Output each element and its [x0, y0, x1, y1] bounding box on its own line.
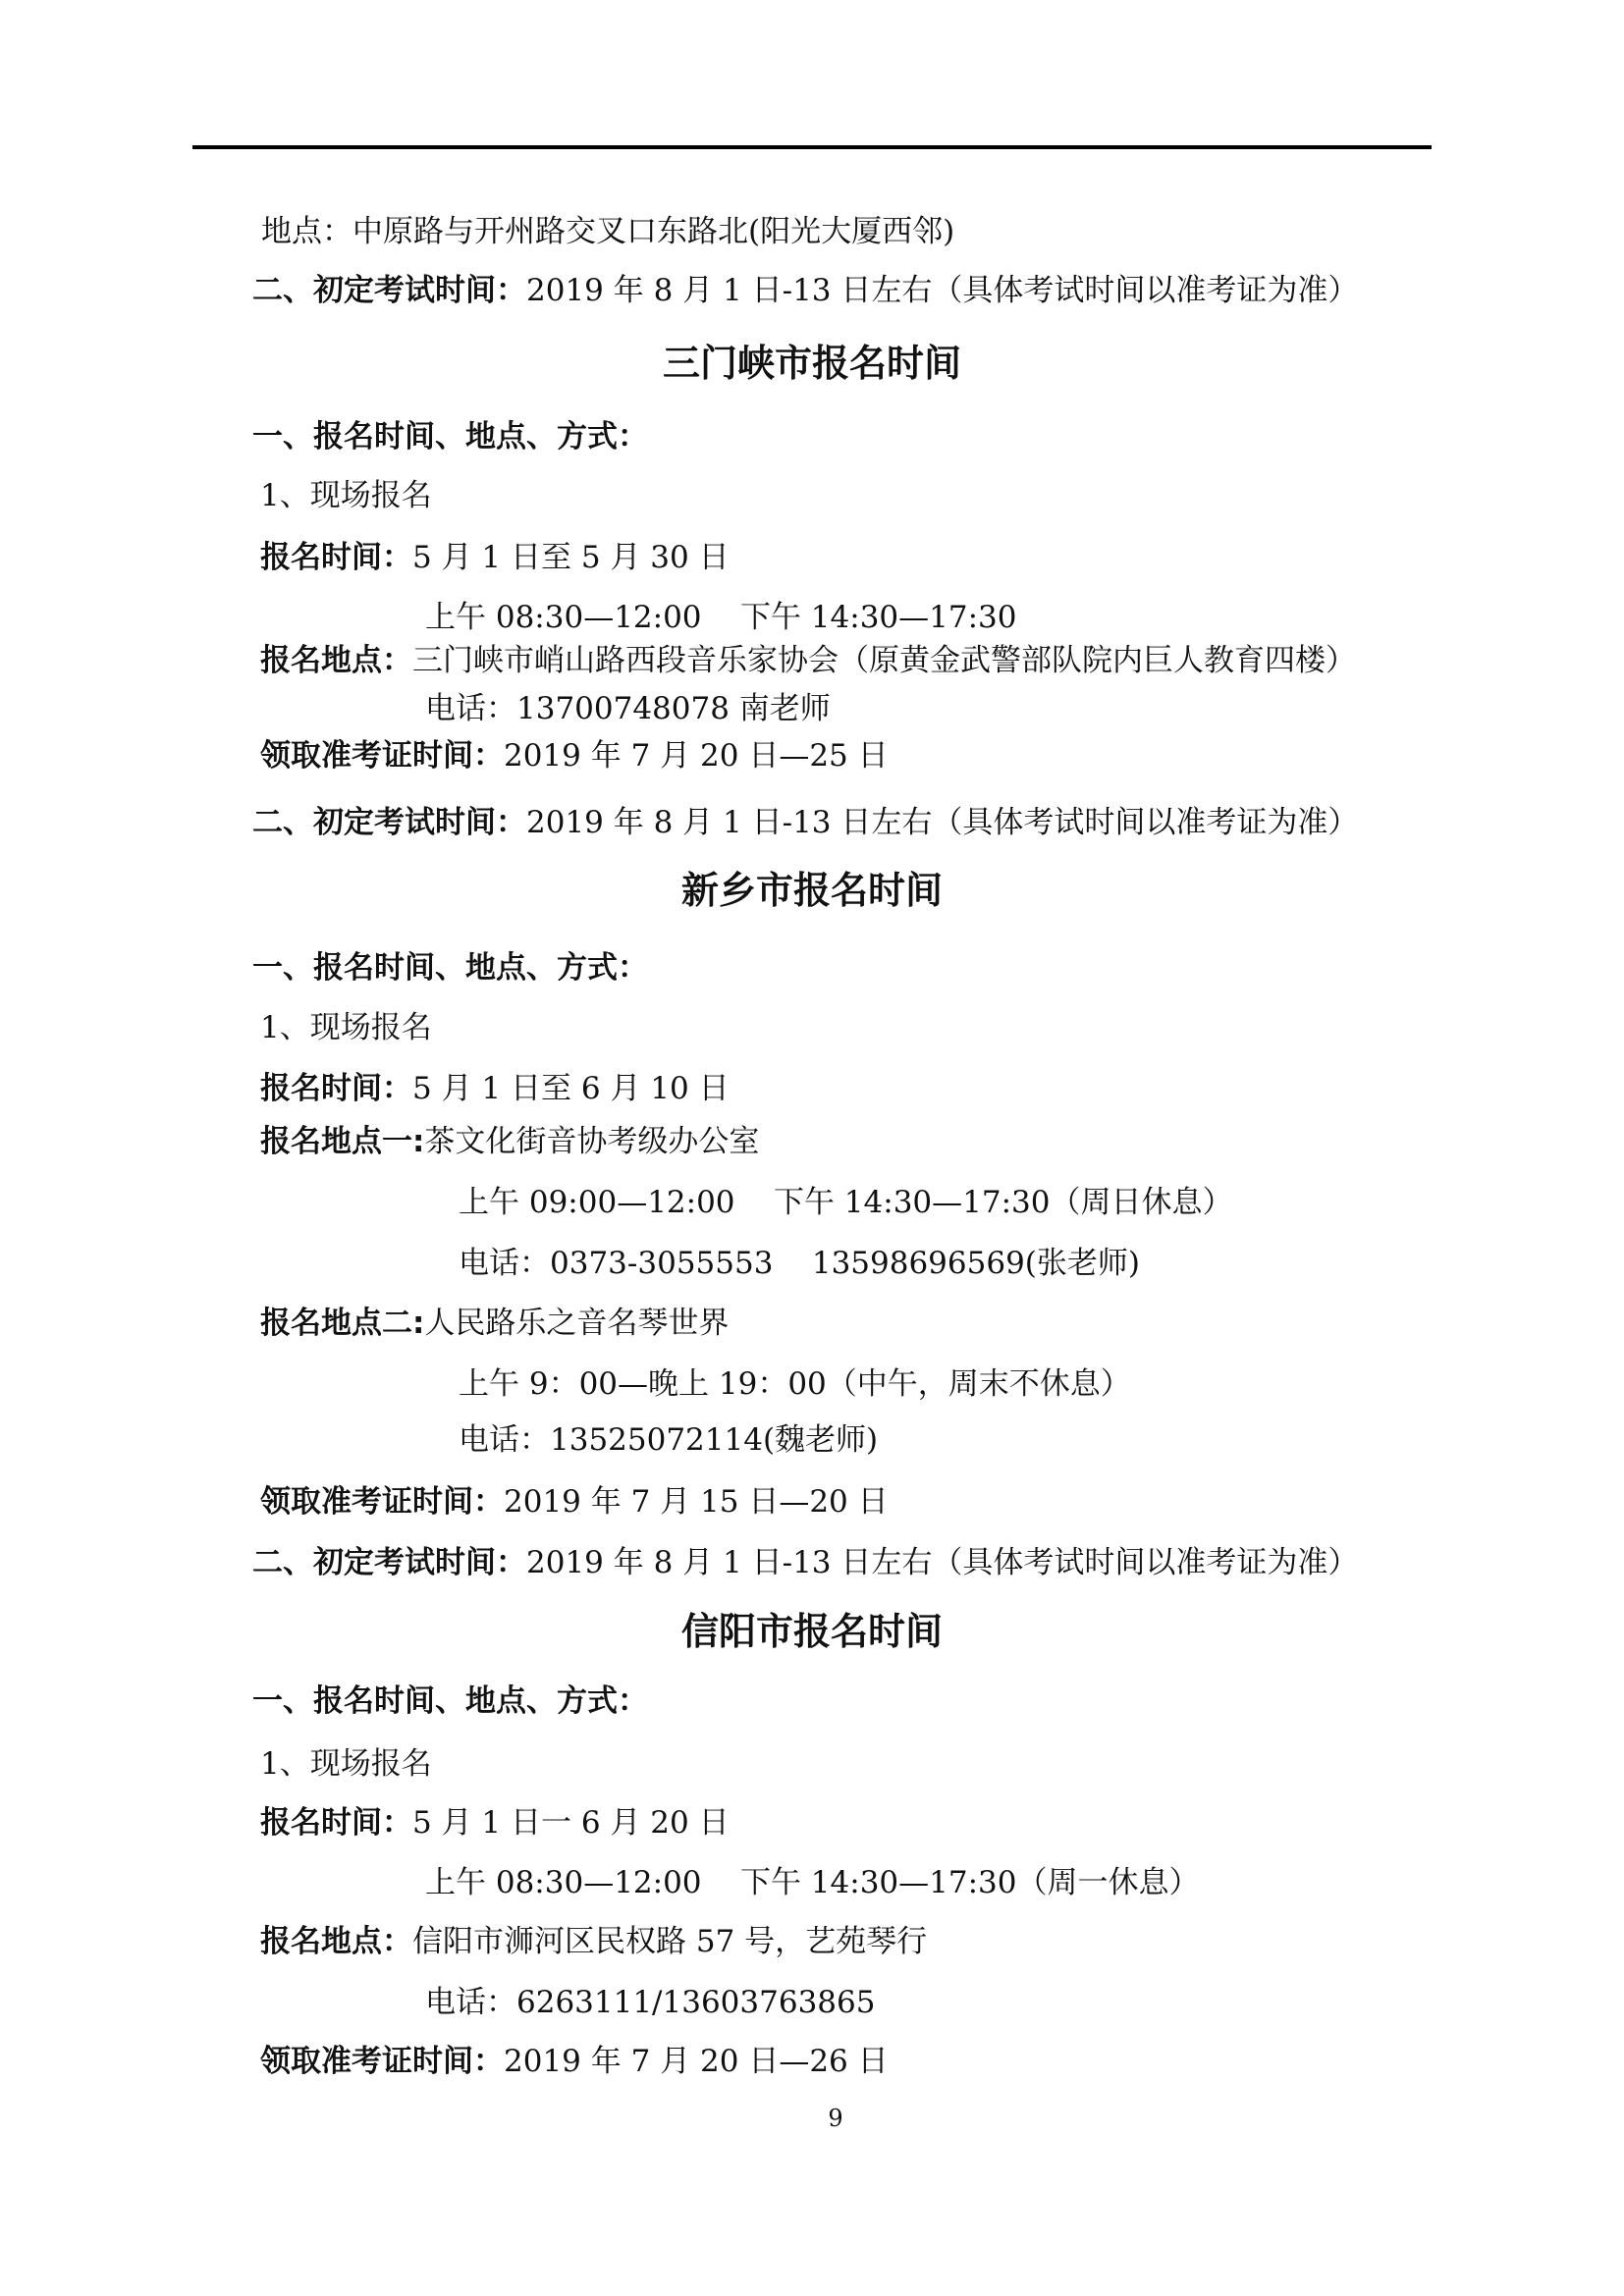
- exam-value: 2019 年 8 月 1 日-13 日左右（具体考试时间以准考证为准）: [526, 805, 1358, 840]
- reg-time-value: 5 月 1 日一 6 月 20 日: [412, 1805, 730, 1841]
- sanmenxia-exam-time: 二、初定考试时间：2019 年 8 月 1 日-13 日左右（具体考试时间以准考…: [252, 803, 1358, 842]
- section-title-xinxiang: 新乡市报名时间: [0, 868, 1624, 913]
- sanmenxia-hours: 上午 08:30—12:00 下午 14:30—17:30: [425, 598, 1016, 637]
- sanmenxia-method: 1、现场报名: [260, 476, 432, 515]
- section-title-xinyang: 信阳市报名时间: [0, 1609, 1624, 1654]
- reg-place-label: 报名地点：: [260, 1924, 412, 1959]
- xinxiang-place2-hours: 上午 9：00—晚上 19：00（中午，周末不休息）: [459, 1364, 1131, 1404]
- xinyang-reg-time: 报名时间：5 月 1 日一 6 月 20 日: [260, 1803, 730, 1842]
- exam-label: 二、初定考试时间：: [252, 273, 526, 308]
- sanmenxia-phone: 电话：13700748078 南老师: [425, 689, 831, 728]
- section-title-sanmenxia: 三门峡市报名时间: [0, 341, 1624, 386]
- place2-label: 报名地点二:: [260, 1306, 424, 1341]
- xinyang-ticket-time: 领取准考证时间：2019 年 7 月 20 日—26 日: [260, 2042, 889, 2081]
- reg-time-value: 5 月 1 日至 5 月 30 日: [412, 540, 730, 575]
- sanmenxia-reg-time: 报名时间：5 月 1 日至 5 月 30 日: [260, 538, 730, 577]
- ticket-label: 领取准考证时间：: [260, 738, 504, 774]
- sanmenxia-section1-heading: 一、报名时间、地点、方式：: [252, 417, 648, 456]
- reg-time-label: 报名时间：: [260, 1071, 412, 1106]
- xinyang-section1-heading: 一、报名时间、地点、方式：: [252, 1682, 648, 1721]
- reg-place-value: 信阳市浉河区民权路 57 号，艺苑琴行: [412, 1924, 927, 1959]
- exam-label: 二、初定考试时间：: [252, 1545, 526, 1580]
- exam-label: 二、初定考试时间：: [252, 805, 526, 840]
- header-rule: [192, 145, 1432, 149]
- xinxiang-place2: 报名地点二:人民路乐之音名琴世界: [260, 1304, 729, 1343]
- xinyang-hours: 上午 08:30—12:00 下午 14:30—17:30（周一休息）: [425, 1863, 1199, 1902]
- reg-place-value: 三门峡市峭山路西段音乐家协会（原黄金武警部队院内巨人教育四楼）: [412, 643, 1356, 678]
- xinxiang-ticket-time: 领取准考证时间：2019 年 7 月 15 日—20 日: [260, 1482, 889, 1522]
- place2-value: 人民路乐之音名琴世界: [424, 1306, 729, 1341]
- xinxiang-method: 1、现场报名: [260, 1008, 432, 1047]
- reg-time-label: 报名时间：: [260, 1805, 412, 1841]
- xinyang-method: 1、现场报名: [260, 1744, 432, 1784]
- ticket-value: 2019 年 7 月 20 日—26 日: [504, 2044, 889, 2079]
- reg-time-value: 5 月 1 日至 6 月 10 日: [412, 1071, 730, 1106]
- ticket-value: 2019 年 7 月 15 日—20 日: [504, 1484, 889, 1520]
- reg-time-label: 报名时间：: [260, 540, 412, 575]
- intro-exam-time: 二、初定考试时间：2019 年 8 月 1 日-13 日左右（具体考试时间以准考…: [252, 271, 1358, 310]
- xinxiang-exam-time: 二、初定考试时间：2019 年 8 月 1 日-13 日左右（具体考试时间以准考…: [252, 1543, 1358, 1582]
- reg-place-label: 报名地点：: [260, 643, 412, 678]
- xinxiang-place1-phone: 电话：0373-3055553 13598696569(张老师): [459, 1244, 1140, 1283]
- xinxiang-section1-heading: 一、报名时间、地点、方式：: [252, 948, 648, 988]
- xinxiang-reg-time: 报名时间：5 月 1 日至 6 月 10 日: [260, 1069, 730, 1108]
- page-number: 9: [0, 2104, 1624, 2133]
- xinyang-reg-place: 报名地点：信阳市浉河区民权路 57 号，艺苑琴行: [260, 1922, 927, 1961]
- place1-value: 茶文化街音协考级办公室: [424, 1124, 759, 1159]
- place1-label: 报名地点一:: [260, 1124, 424, 1159]
- xinxiang-place1-hours: 上午 09:00—12:00 下午 14:30—17:30（周日休息）: [459, 1183, 1232, 1222]
- exam-value: 2019 年 8 月 1 日-13 日左右（具体考试时间以准考证为准）: [526, 273, 1358, 308]
- sanmenxia-ticket-time: 领取准考证时间：2019 年 7 月 20 日—25 日: [260, 736, 889, 775]
- ticket-value: 2019 年 7 月 20 日—25 日: [504, 738, 889, 774]
- xinxiang-place2-phone: 电话：13525072114(魏老师): [459, 1420, 878, 1460]
- sanmenxia-reg-place: 报名地点：三门峡市峭山路西段音乐家协会（原黄金武警部队院内巨人教育四楼）: [260, 641, 1356, 680]
- xinxiang-place1: 报名地点一:茶文化街音协考级办公室: [260, 1122, 759, 1161]
- ticket-label: 领取准考证时间：: [260, 2044, 504, 2079]
- intro-location: 地点：中原路与开州路交叉口东路北(阳光大厦西邻): [261, 212, 954, 251]
- exam-value: 2019 年 8 月 1 日-13 日左右（具体考试时间以准考证为准）: [526, 1545, 1358, 1580]
- ticket-label: 领取准考证时间：: [260, 1484, 504, 1520]
- xinyang-phone: 电话：6263111/13603763865: [425, 1983, 875, 2022]
